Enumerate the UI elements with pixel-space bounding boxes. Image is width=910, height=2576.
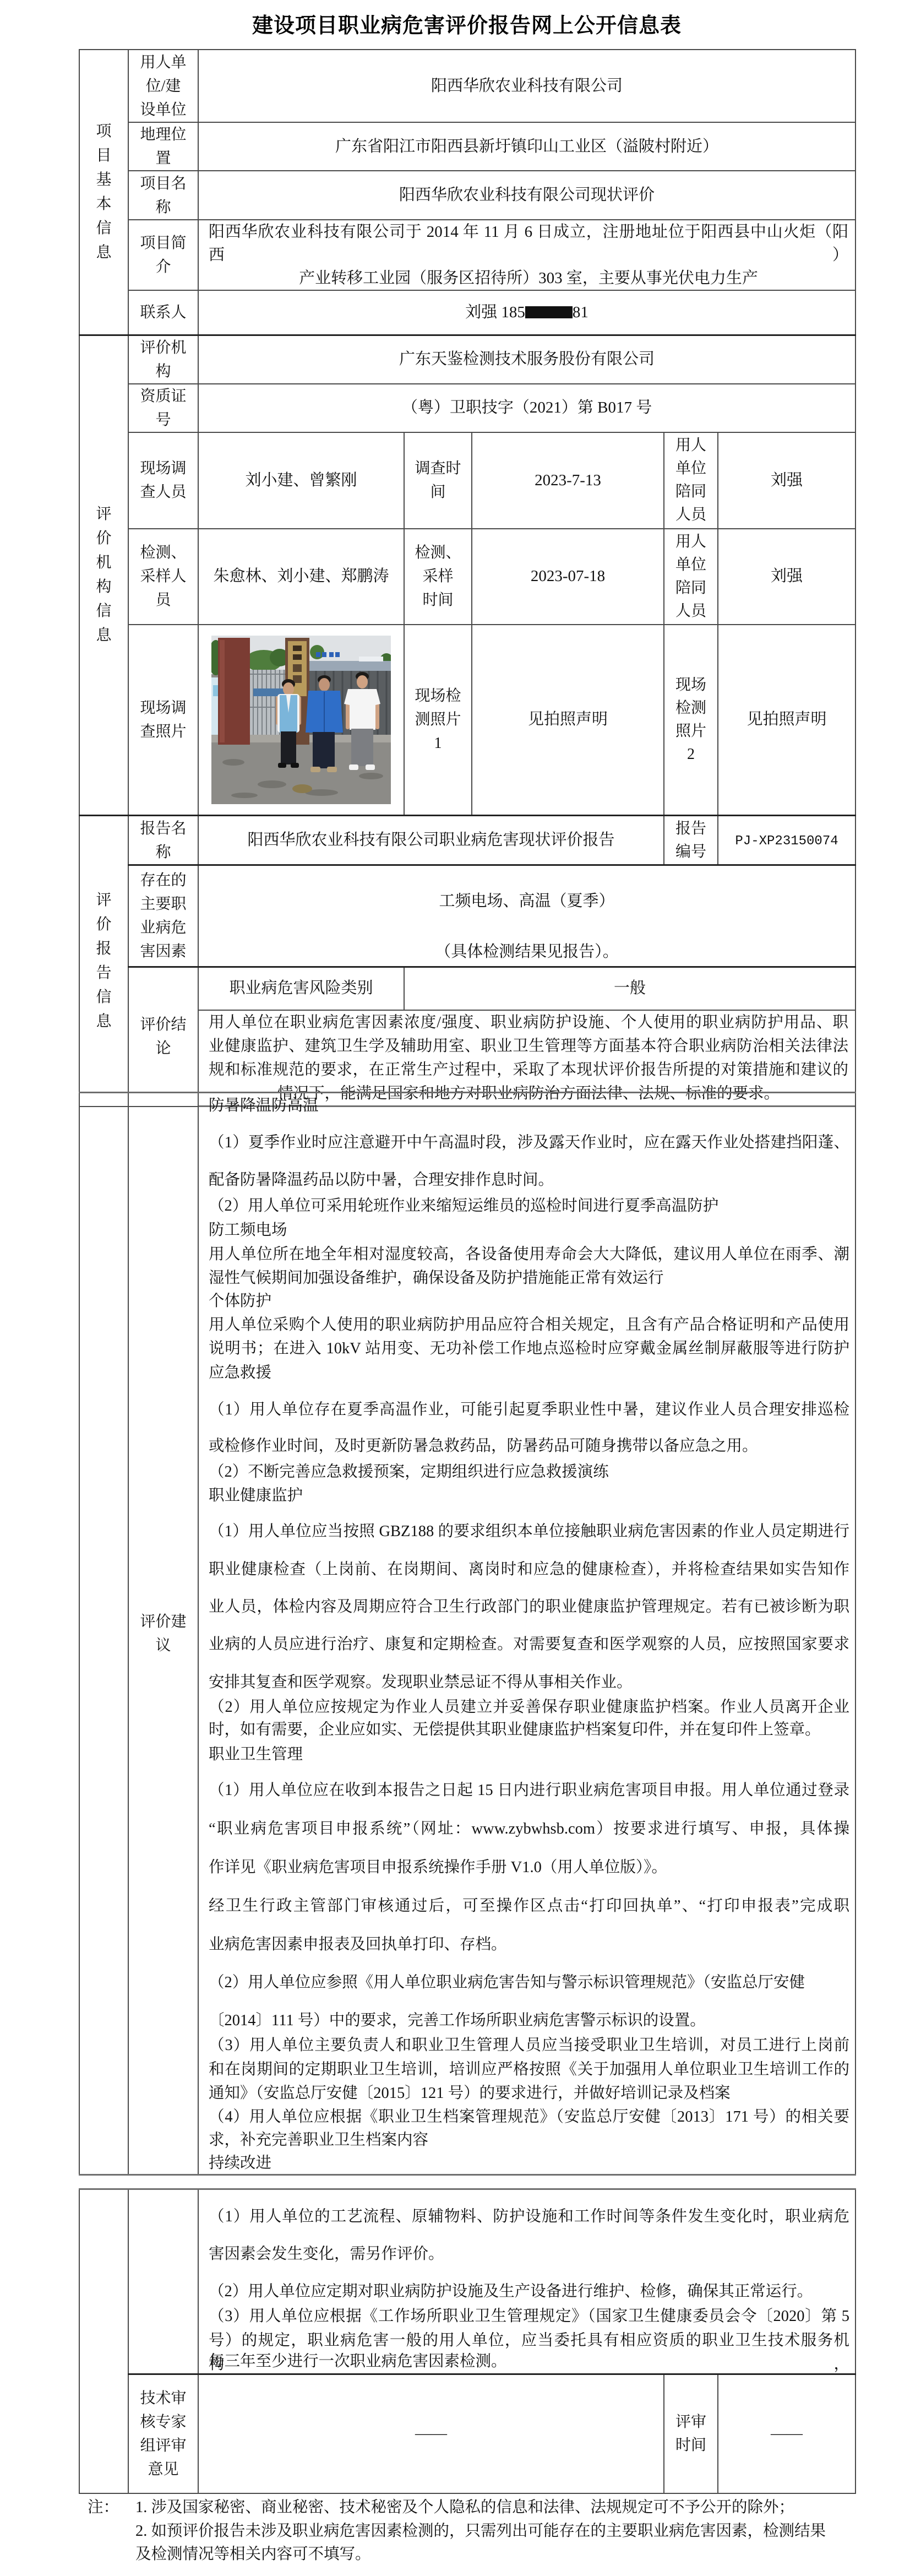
photo1-value: 见拍照声明 [528, 711, 608, 728]
risk-value-cell: 一般 [404, 967, 855, 1010]
recommendation-line: （1）用人单位存在夏季高温作业，可能引起夏季职业性中暑，建议作业人员合理安排巡检 [209, 1398, 849, 1422]
recommendation-line: 作详见《职业病危害项目申报系统操作手册 V1.0（用人单位版）》。 [209, 1856, 849, 1879]
survey-escort-value: 刘强 [771, 471, 803, 489]
project-summary-line: 产业转移工业园（服务区招待所）303 室，主要从事光伏电力生产 [209, 267, 848, 290]
photo1-label: 现场检测照片1 [414, 684, 462, 755]
recommendation-line: “职业病危害项目申报系统”（网址：www.zybwhsb.com）按要求进行填写… [209, 1817, 849, 1841]
sampling-time-cell: 2023-07-18 [472, 529, 664, 625]
note-line: 及检测情况等相关内容可不填写。 [135, 2542, 371, 2566]
row-survey: 现场调查人员 刘小建、曾繁刚 调查时间 2023-7-13 用人单位陪同人员 刘… [79, 432, 855, 529]
heading-occupational-health-management: 职业卫生管理 [209, 1743, 849, 1766]
recommendation-line: 经卫生行政主管部门审核通过后，可至操作区点击“打印回执单”、“打印申报表”完成职 [209, 1894, 849, 1918]
project-summary-value-cell: 阳西华欣农业科技有限公司于 2014 年 11 月 6 日成立，注册地址位于阳西… [198, 220, 855, 290]
survey-staff-label: 现场调查人员 [139, 457, 187, 504]
review-time-value: —— [771, 2425, 803, 2442]
report-name-label-cell: 报告名称 [128, 816, 198, 865]
section-label: 评价报告信息 [95, 888, 112, 1034]
survey-escort-label: 用人单位陪同人员 [675, 434, 707, 527]
recommendation-line: 求，补充完善职业卫生档案内容 [209, 2128, 849, 2152]
qualification-label: 资质证号 [139, 384, 187, 432]
heading-power-frequency-field: 防工频电场 [209, 1218, 849, 1242]
recommendations-label: 评价建议 [139, 1610, 187, 1657]
row-photos: 现场调查照片 [79, 625, 855, 816]
report-name-value: 阳西华欣农业科技有限公司职业病危害现状评价报告 [247, 831, 614, 849]
row-location: 地理位置 广东省阳江市阳西县新圩镇印山工业区（溢陂村附近） [79, 122, 855, 171]
review-value: —— [415, 2425, 447, 2442]
hazards-cell: 工频电场、高温（夏季） （具体检测结果见报告）。 [198, 865, 855, 967]
contact-label: 联系人 [139, 301, 187, 324]
project-name-value-cell: 阳西华欣农业科技有限公司现状评价 [198, 171, 855, 220]
section-project-basic-info: 项目基本信息 [79, 50, 128, 335]
recommendation-line: 或检修作业时间，及时更新防暑急救药品，防暑药品可随身携带以备应急之用。 [209, 1434, 849, 1458]
recommendation-line: 号）的规定，职业病危害一般的用人单位，应当委托具有相应资质的职业卫生技术服务机构… [209, 2329, 849, 2352]
report-no-label: 报告编号 [675, 817, 707, 864]
recommendation-line: （2）用人单位应参照《用人单位职业病危害告知与警示标识管理规范》（安监总厅安健 [209, 1971, 849, 1994]
recommendations-continued-cell: （1）用人单位的工艺流程、原辅物料、防护设施和工作时间等条件发生变化时，职业病危… [198, 2189, 855, 2374]
row-report-name: 评价报告信息 报告名称 阳西华欣农业科技有限公司职业病危害现状评价报告 报告编号… [79, 816, 855, 865]
hazards-label: 存在的主要职业病危害因素 [139, 869, 187, 963]
survey-staff-label-cell: 现场调查人员 [128, 432, 198, 529]
heading-heat-protection: 防暑降温防高温 [209, 1094, 849, 1118]
contact-value-cell: 刘强 18581 [198, 290, 855, 335]
report-name-label: 报告名称 [139, 817, 187, 864]
employer-value-cell: 阳西华欣农业科技有限公司 [198, 50, 855, 122]
eval-org-value-cell: 广东天鉴检测技术服务股份有限公司 [198, 335, 855, 384]
survey-escort-cell: 刘强 [718, 432, 855, 529]
eval-org-label-cell: 评价机构 [128, 335, 198, 384]
recommendation-line: （2）用人单位应定期对职业病防护设施及生产设备进行维护、检修，确保其正常运行。 [209, 2280, 849, 2303]
review-label: 技术审核专家组评审意见 [139, 2387, 187, 2481]
note-line: 2. 如预评价报告未涉及职业病危害因素检测的，只需列出可能存在的主要职业病危害因… [135, 2519, 826, 2543]
recommendation-line: （2）不断完善应急救援预案，定期组织进行应急救援演练 [209, 1460, 849, 1484]
recommendation-line: （1）用人单位应在收到本报告之日起 15 日内进行职业病危害项目申报。用人单位通… [209, 1778, 849, 1802]
recommendation-line: 业病的人员应进行治疗、康复和定期检查。对需要复查和医学观察的人员，应按照国家要求 [209, 1633, 849, 1656]
eval-org-value: 广东天鉴检测技术服务股份有限公司 [399, 350, 655, 368]
recommendations-cell: 防暑降温防高温 （1）夏季作业时应注意避开中午高温时段，涉及露天作业时，应在露天… [198, 1093, 855, 2175]
sampling-escort-value: 刘强 [771, 567, 803, 585]
report-no-value: PJ-XP23150074 [735, 834, 838, 849]
project-summary-label: 项目简介 [139, 231, 187, 279]
survey-time-label-cell: 调查时间 [404, 432, 472, 529]
sampling-staff-label-cell: 检测、采样人员 [128, 529, 198, 625]
contact-phone-suffix: 81 [573, 303, 588, 321]
recommendation-line: 用人单位采购个人使用的职业病防护用品应符合相关规定，且含有产品合格证明和产品使用 [209, 1313, 849, 1337]
page-title: 建设项目职业病危害评价报告网上公开信息表 [79, 13, 855, 37]
photo2-label-cell: 现场检测照片2 [664, 625, 718, 816]
heading-continuous-improvement: 持续改进 [209, 2151, 849, 2175]
photo2-value-cell: 见拍照声明 [718, 625, 855, 816]
recommendation-line: 用人单位所在地全年相对湿度较高，各设备使用寿命会大大降低，建议用人单位在雨季、潮 [209, 1243, 849, 1266]
row-hazards: 存在的主要职业病危害因素 工频电场、高温（夏季） （具体检测结果见报告）。 [79, 865, 855, 967]
recommendations-label-cell: 评价建议 [128, 1093, 198, 2175]
recommendation-line: 业病危害因素申报表及回执单打印、存档。 [209, 1933, 849, 1956]
hazards-value: 工频电场、高温（夏季） [202, 888, 852, 914]
recommendation-line: 害因素会发生变化，需另作评价。 [209, 2242, 849, 2266]
sampling-staff-label: 检测、采样人员 [139, 541, 187, 612]
qualification-label-cell: 资质证号 [128, 384, 198, 432]
recommendation-line: 说明书；在进入 10kV 站用变、无功补偿工作地点巡检时应穿戴金属丝制屏蔽服等进… [209, 1337, 849, 1360]
row-contact: 联系人 刘强 18581 [79, 290, 855, 335]
row-sampling: 检测、采样人员 朱愈林、刘小建、郑鹏涛 检测、 采样 时间 2023-07-18… [79, 529, 855, 625]
survey-photo-cell [198, 625, 404, 816]
document-page: 建设项目职业病危害评价报告网上公开信息表 项目基本信息 用人单位/建设单位 阳西… [0, 0, 910, 2576]
project-summary-line: 阳西华欣农业科技有限公司于 2014 年 11 月 6 日成立，注册地址位于阳西… [209, 220, 848, 267]
recommendations-label-cell-continued [128, 2189, 198, 2374]
employer-label: 用人单位/建设单位 [139, 51, 187, 122]
section-label: 评价机构信息 [95, 502, 112, 648]
report-name-cell: 阳西华欣农业科技有限公司职业病危害现状评价报告 [198, 816, 664, 865]
heading-emergency-rescue: 应急救援 [209, 1361, 849, 1385]
recommendations-continued-text: （1）用人单位的工艺流程、原辅物料、防护设施和工作时间等条件发生变化时，职业病危… [209, 2190, 849, 2373]
row-recommendations: 评价建议 防暑降温防高温 （1）夏季作业时应注意避开中午高温时段，涉及露天作业时… [79, 1093, 855, 2175]
recommendation-line: 配备防暑降温药品以防中暑，合理安排作息时间。 [209, 1168, 849, 1192]
location-label: 地理位置 [139, 123, 187, 170]
conclusion-label-cell: 评价结论 [128, 967, 198, 1107]
report-no-label-cell: 报告编号 [664, 816, 718, 865]
photo1-value-cell: 见拍照声明 [472, 625, 664, 816]
sampling-staff-value: 朱愈林、刘小建、郑鹏涛 [213, 567, 389, 585]
recommendation-line: （1）用人单位应当按照 GBZ188 的要求组织本单位接触职业病危害因素的作业人… [209, 1520, 849, 1543]
recommendation-line: （3）用人单位主要负责人和职业卫生管理人员应当接受职业卫生培训，对员工进行上岗前 [209, 2033, 849, 2057]
review-value-cell: —— [198, 2374, 664, 2493]
sampling-escort-cell: 刘强 [718, 529, 855, 625]
sampling-staff-cell: 朱愈林、刘小建、郑鹏涛 [198, 529, 404, 625]
sampling-time-label: 检测、 采样 时间 [414, 541, 462, 612]
row-expert-review: 技术审核专家组评审意见 —— 评审时间 —— [79, 2374, 855, 2493]
recommendation-line: （2）用人单位可采用轮班作业来缩短运维员的巡检时间进行夏季高温防护 [209, 1194, 849, 1218]
section-report-info-continued [79, 2189, 128, 2493]
recommendation-line: 和在岗期间的定期职业卫生培训，培训应严格按照《关于加强用人单位职业卫生培训工作的 [209, 2058, 849, 2081]
project-name-label: 项目名称 [139, 172, 187, 219]
survey-photo-label: 现场调查照片 [139, 696, 187, 744]
notes-prefix: 注： [88, 2496, 119, 2519]
recommendation-line: （3）用人单位应根据《工作场所职业卫生管理规定》（国家卫生健康委员会令〔2020… [209, 2304, 849, 2328]
info-table-part-1: 项目基本信息 用人单位/建设单位 阳西华欣农业科技有限公司 地理位置 广东省阳江… [79, 49, 856, 1107]
sampling-escort-label-cell: 用人单位陪同人员 [664, 529, 718, 625]
recommendation-line: 湿性气候期间加强设备维护，确保设备及防护措施能正常有效运行 [209, 1266, 849, 1290]
sampling-time-label-cell: 检测、 采样 时间 [404, 529, 472, 625]
row-project-name: 项目名称 阳西华欣农业科技有限公司现状评价 [79, 171, 855, 220]
sampling-time-value: 2023-07-18 [531, 567, 605, 585]
row-project-summary: 项目简介 阳西华欣农业科技有限公司于 2014 年 11 月 6 日成立，注册地… [79, 220, 855, 290]
row-employer: 项目基本信息 用人单位/建设单位 阳西华欣农业科技有限公司 [79, 50, 855, 122]
location-value-cell: 广东省阳江市阳西县新圩镇印山工业区（溢陂村附近） [198, 122, 855, 171]
recommendation-line: （4）用人单位应根据《职业卫生档案管理规范》（安监总厅安健〔2013〕171 号… [209, 2105, 849, 2129]
review-label-cell: 技术审核专家组评审意见 [128, 2374, 198, 2493]
note-line: 1. 涉及国家秘密、商业秘密、技术秘密及个人隐私的信息和法律、法规规定可不予公开… [135, 2496, 794, 2519]
row-qualification: 资质证号 （粤）卫职技字（2021）第 B017 号 [79, 384, 855, 432]
heading-personal-protection: 个体防护 [209, 1289, 849, 1313]
row-eval-org: 评价机构信息 评价机构 广东天鉴检测技术服务股份有限公司 [79, 335, 855, 384]
conclusion-line: 规和标准规范的要求，在正常生产过程中，采取了本现状评价报告所提的对策措施和建议的 [209, 1058, 848, 1082]
survey-staff-value: 刘小建、曾繁刚 [245, 471, 357, 489]
contact-phone-prefix: 185 [501, 303, 525, 321]
survey-staff-cell: 刘小建、曾繁刚 [198, 432, 404, 529]
conclusion-line: 用人单位在职业病危害因素浓度/强度、职业病防护设施、个人使用的职业病防护用品、职 [209, 1011, 848, 1034]
info-table-part-3: （1）用人单位的工艺流程、原辅物料、防护设施和工作时间等条件发生变化时，职业病危… [79, 2188, 856, 2494]
info-table-part-2: 评价建议 防暑降温防高温 （1）夏季作业时应注意避开中午高温时段，涉及露天作业时… [79, 1092, 856, 2176]
project-name-value: 阳西华欣农业科技有限公司现状评价 [399, 186, 655, 204]
employer-label-cell: 用人单位/建设单位 [128, 50, 198, 122]
survey-time-value: 2023-7-13 [535, 471, 601, 489]
section-report-info: 评价报告信息 [79, 816, 128, 1107]
recommendation-line: 每三年至少进行一次职业病危害因素检测。 [209, 2350, 849, 2373]
survey-time-cell: 2023-7-13 [472, 432, 664, 529]
section-report-info-continued [79, 1093, 128, 2175]
recommendation-line: （2）用人单位应按规定为作业人员建立并妥善保存职业健康监护档案。作业人员离开企业 [209, 1695, 849, 1719]
review-time-label-cell: 评审时间 [664, 2374, 718, 2493]
photo2-label: 现场检测照片2 [675, 674, 707, 766]
heading-health-surveillance: 职业健康监护 [209, 1484, 849, 1507]
recommendation-line: 时，如有需要，企业应如实、无偿提供其职业健康监护档案复印件，并在复印件上签章。 [209, 1718, 849, 1742]
location-label-cell: 地理位置 [128, 122, 198, 171]
contact-label-cell: 联系人 [128, 290, 198, 335]
project-name-label-cell: 项目名称 [128, 171, 198, 220]
recommendation-line: 职业健康检查（上岗前、在岗期间、离岗时和应急的健康检查），并将检查结果如实告知作 [209, 1558, 849, 1581]
employer-value: 阳西华欣农业科技有限公司 [431, 77, 623, 95]
location-value: 广东省阳江市阳西县新圩镇印山工业区（溢陂村附近） [335, 138, 718, 155]
report-no-cell: PJ-XP23150074 [718, 816, 855, 865]
conclusion-line: 业健康监护、建筑卫生学及辅助用室、职业卫生管理等方面基本符合职业病防治相关法律法 [209, 1034, 848, 1058]
risk-label-cell: 职业病危害风险类别 [198, 967, 404, 1010]
recommendation-line: （1）夏季作业时应注意避开中午高温时段，涉及露天作业时，应在露天作业处搭建挡阳蓬… [209, 1131, 849, 1154]
recommendation-line: 〔2014〕111 号）中的要求，完善工作场所职业病危害警示标识的设置。 [209, 2009, 849, 2032]
site-survey-photo [211, 636, 391, 804]
section-label: 项目基本信息 [95, 120, 112, 265]
row-recommendations-continued: （1）用人单位的工艺流程、原辅物料、防护设施和工作时间等条件发生变化时，职业病危… [79, 2189, 855, 2374]
recommendation-line: （1）用人单位的工艺流程、原辅物料、防护设施和工作时间等条件发生变化时，职业病危 [209, 2205, 849, 2228]
recommendation-line: 业人员，体检内容及周期应符合卫生行政部门的职业健康监护管理规定。若有已被诊断为职 [209, 1595, 849, 1619]
sampling-escort-label: 用人单位陪同人员 [675, 530, 707, 623]
review-time-label: 评审时间 [675, 2411, 707, 2457]
contact-name: 刘强 [465, 303, 497, 321]
survey-time-label: 调查时间 [414, 457, 462, 504]
redaction-box [525, 306, 573, 318]
qualification-value-cell: （粤）卫职技字（2021）第 B017 号 [198, 384, 855, 432]
eval-org-label: 评价机构 [139, 336, 187, 383]
risk-label: 职业病危害风险类别 [229, 979, 373, 997]
hazards-label-cell: 存在的主要职业病危害因素 [128, 865, 198, 967]
recommendation-line: 通知》（安监总厅安健〔2015〕121 号）的要求进行，并做好培训记录及档案 [209, 2081, 849, 2105]
recommendation-line: 安排其复查和医学观察。发现职业禁忌证不得从事相关作业。 [209, 1671, 849, 1694]
risk-value: 一般 [614, 979, 646, 997]
project-summary-label-cell: 项目简介 [128, 220, 198, 290]
photo2-value: 见拍照声明 [747, 711, 827, 728]
qualification-value: （粤）卫职技字（2021）第 B017 号 [402, 399, 652, 416]
row-risk: 评价结论 职业病危害风险类别 一般 [79, 967, 855, 1010]
hazards-spacer [202, 914, 852, 939]
section-evaluation-org: 评价机构信息 [79, 335, 128, 816]
conclusion-label: 评价结论 [139, 1013, 187, 1060]
review-time-value-cell: —— [718, 2374, 855, 2493]
survey-photo-label-cell: 现场调查照片 [128, 625, 198, 816]
photo1-label-cell: 现场检测照片1 [404, 625, 472, 816]
survey-escort-label-cell: 用人单位陪同人员 [664, 432, 718, 529]
recommendations-text: 防暑降温防高温 （1）夏季作业时应注意避开中午高温时段，涉及露天作业时，应在露天… [209, 1093, 849, 2173]
hazards-note: （具体检测结果见报告）。 [202, 939, 852, 964]
